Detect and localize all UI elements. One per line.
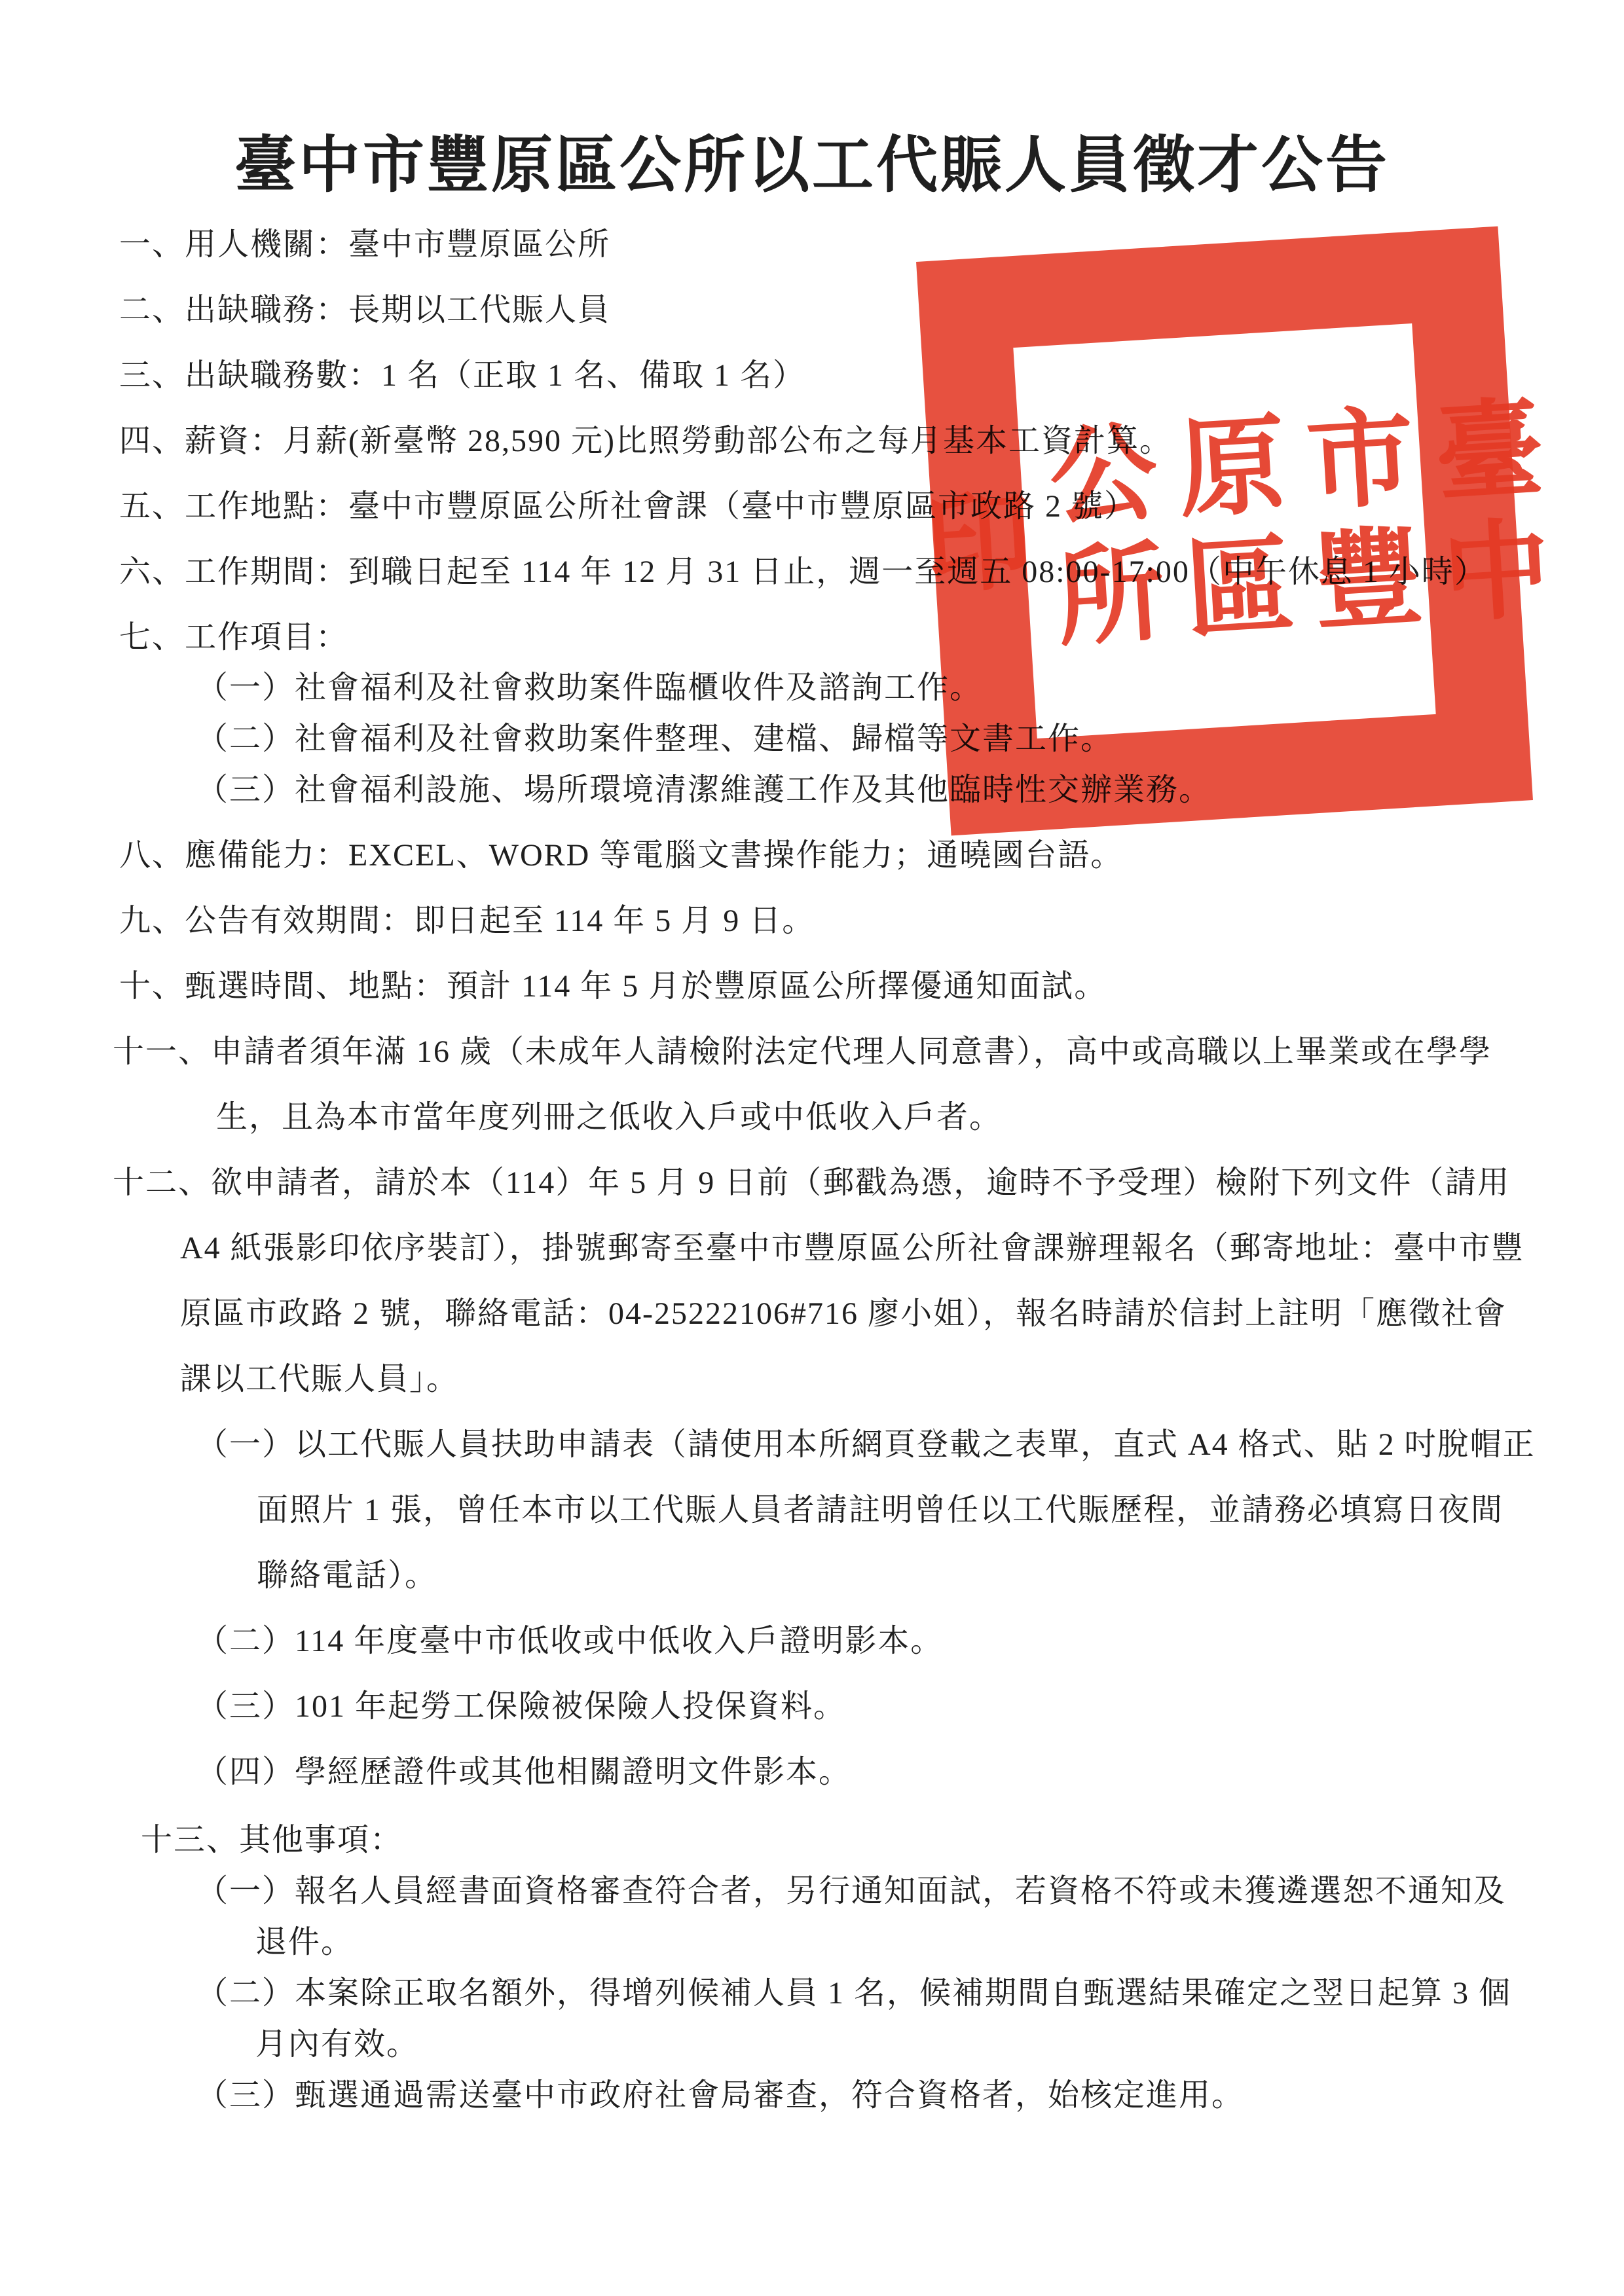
doc-line: 三、出缺職務數：1 名（正取 1 名、備取 1 名） [119, 357, 805, 395]
doc-line: 一、用人機關：臺中市豐原區公所 [119, 226, 610, 264]
doc-line: 原區市政路 2 號，聯絡電話：04-25222106#716 廖小姐），報名時請… [180, 1295, 1507, 1333]
doc-line: （三）社會福利設施、場所環境清潔維護工作及其他臨時性交辦業務。 [196, 771, 1211, 809]
doc-line: （二）社會福利及社會救助案件整理、建檔、歸檔等文書工作。 [196, 720, 1113, 758]
doc-line: 十、甄選時間、地點：預計 114 年 5 月於豐原區公所擇優通知面試。 [119, 968, 1107, 1006]
doc-line: （二）114 年度臺中市低收或中低收入戶證明影本。 [196, 1622, 943, 1660]
announcement-page: 臺中市豐原區公所以工代賑人員徵才公告 一、用人機關：臺中市豐原區公所 二、出缺職… [0, 0, 1624, 2296]
doc-line: （一）報名人員經書面資格審查符合者，另行通知面試，若資格不符或未獲遴選恕不通知及 [196, 1872, 1506, 1910]
doc-line: 聯絡電話）。 [257, 1557, 437, 1595]
doc-line: A4 紙張影印依序裝訂），掛號郵寄至臺中市豐原區公所社會課辦理報名（郵寄地址：臺… [180, 1230, 1524, 1267]
doc-line: 五、工作地點：臺中市豐原區公所社會課（臺中市豐原區市政路 2 號） [119, 488, 1137, 526]
doc-line: 十一、申請者須年滿 16 歲（未成年人請檢附法定代理人同意書），高中或高職以上畢… [113, 1033, 1492, 1071]
doc-line: （三）101 年起勞工保險被保險人投保資料。 [196, 1688, 846, 1726]
doc-line: 九、公告有效期間：即日起至 114 年 5 月 9 日。 [119, 902, 815, 940]
doc-line: 面照片 1 張，曾任本市以工代賑人員者請註明曾任以工代賑歷程，並請務必填寫日夜間 [257, 1491, 1504, 1529]
doc-line: 四、薪資：月薪(新臺幣 28,590 元)比照勞動部公布之每月基本工資計算。 [119, 422, 1172, 460]
doc-line: （四）學經歷證件或其他相關證明文件影本。 [196, 1753, 851, 1791]
seal-script-text: 臺中市豐原區公所印 [892, 335, 1557, 727]
doc-line: （二）本案除正取名額外，得增列候補人員 1 名，候補期間自甄選結果確定之翌日起算… [196, 1975, 1511, 2013]
doc-line: 十三、其他事項： [141, 1821, 403, 1859]
doc-line: 退件。 [255, 1923, 354, 1961]
doc-line: （一）以工代賑人員扶助申請表（請使用本所網頁登載之表單，直式 A4 格式、貼 2… [196, 1426, 1536, 1464]
doc-line: 七、工作項目： [119, 619, 348, 657]
doc-line: 生，且為本市當年度列冊之低收入戶或中低收入戶者。 [216, 1099, 1002, 1137]
doc-line: （三）甄選通過需送臺中市政府社會局審查，符合資格者，始核定進用。 [196, 2077, 1244, 2115]
doc-line: 二、出缺職務：長期以工代賑人員 [119, 291, 610, 329]
doc-line: 月內有效。 [255, 2026, 419, 2064]
doc-line: （一）社會福利及社會救助案件臨櫃收件及諮詢工作。 [196, 669, 982, 707]
doc-line: 八、應備能力：EXCEL、WORD 等電腦文書操作能力；通曉國台語。 [119, 837, 1123, 875]
page-title: 臺中市豐原區公所以工代賑人員徵才公告 [0, 115, 1624, 204]
doc-line: 六、工作期間：到職日起至 114 年 12 月 31 日止，週一至週五 08:0… [119, 553, 1487, 591]
doc-line: 課以工代賑人員」。 [180, 1360, 459, 1398]
doc-line: 十二、欲申請者，請於本（114）年 5 月 9 日前（郵戳為憑，逾時不予受理）檢… [113, 1164, 1510, 1202]
